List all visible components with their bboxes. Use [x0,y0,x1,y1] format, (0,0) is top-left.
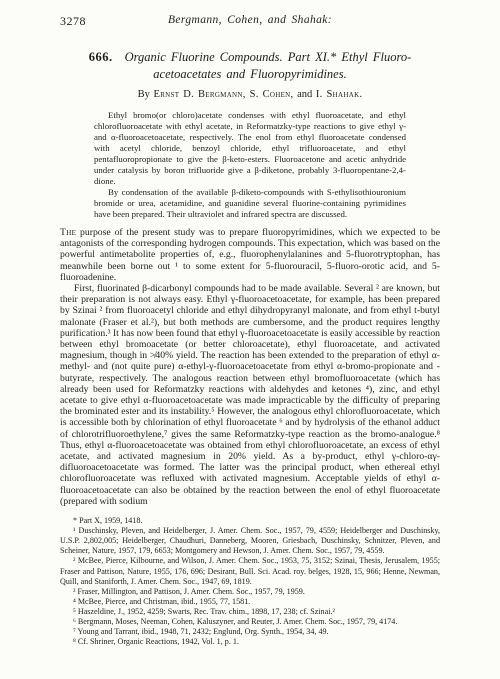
article-body: The purpose of the present study was to … [60,227,440,507]
lead-word: The [60,227,76,238]
article-number: 666. [89,50,113,64]
abstract-paragraph-2: By condensation of the available β-diket… [94,187,406,220]
journal-page: 3278 Bergmann, Cohen, and Shahak: 666.Or… [0,0,500,679]
footnote-5: ⁵ Haszeldine, J., 1952, 4259; Swarts, Re… [60,607,440,617]
footnote-star: * Part X, 1959, 1418. [60,516,440,526]
article-title-line-1: 666.Organic Fluorine Compounds. Part XI.… [60,49,440,66]
page-number: 3278 [60,14,86,29]
footnotes: * Part X, 1959, 1418. ¹ Duschinsky, Plev… [60,516,440,647]
article-title-line-2: acetoacetates and Fluoropyrimidines. [60,66,440,83]
footnote-8: ⁸ Cf. Shriner, Organic Reactions, 1942, … [60,637,440,647]
byline-authors-2: I. Shahak. [316,89,363,100]
footnote-1: ¹ Duschinsky, Pleven, and Heidelberger, … [60,526,440,556]
body-paragraph-1-text: purpose of the present study was to prep… [60,227,440,283]
running-title: Bergmann, Cohen, and Shahak: [168,14,332,26]
footnote-7: ⁷ Young and Tarrant, ibid., 1948, 71, 24… [60,627,440,637]
byline-prefix: By [138,89,150,100]
footnote-3: ³ Fraser, Millington, and Pattison, J. A… [60,587,440,597]
footnote-2: ² McBee, Pierce, Kilbourne, and Wilson, … [60,556,440,586]
page-header: 3278 Bergmann, Cohen, and Shahak: [60,14,440,29]
article-title: 666.Organic Fluorine Compounds. Part XI.… [60,49,440,82]
byline-authors-1: Ernst D. Bergmann, S. Cohen, [154,89,294,100]
abstract: Ethyl bromo(or chloro)acetate condenses … [94,110,406,220]
byline-and: and [297,89,312,100]
byline: By Ernst D. Bergmann, S. Cohen, and I. S… [60,89,440,100]
footnote-4: ⁴ McBee, Pierce, and Christman, ibid., 1… [60,597,440,607]
body-paragraph-2: First, fluorinated β-dicarbonyl compound… [60,283,440,507]
footnote-6: ⁶ Bergmann, Moses, Neeman, Cohen, Kalusz… [60,617,440,627]
article-title-text-1: Organic Fluorine Compounds. Part XI.* Et… [125,50,412,64]
abstract-paragraph-1: Ethyl bromo(or chloro)acetate condenses … [94,110,406,187]
body-paragraph-1: The purpose of the present study was to … [60,227,440,283]
